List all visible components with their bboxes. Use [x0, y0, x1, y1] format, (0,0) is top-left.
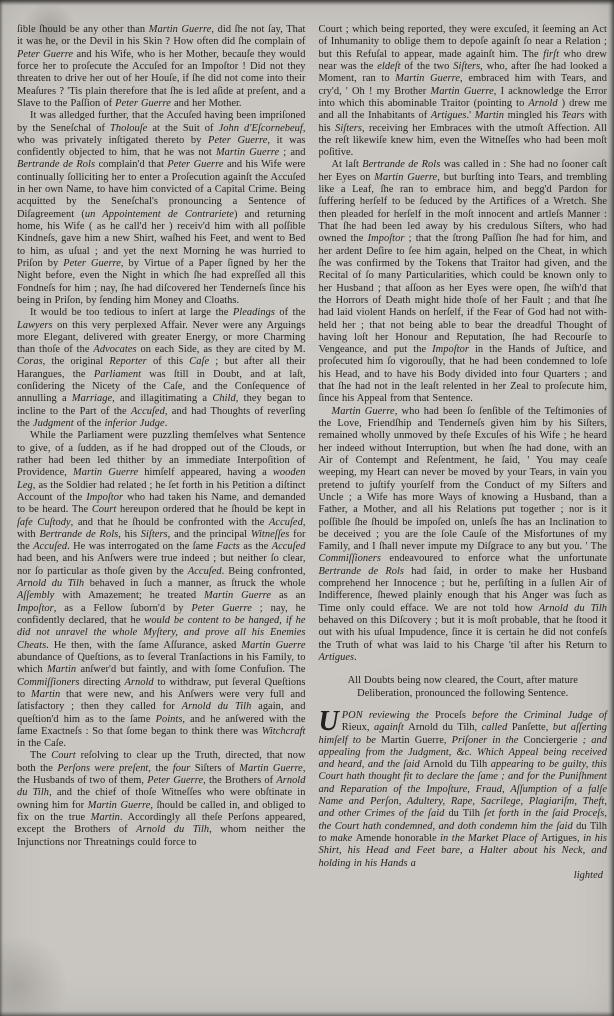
paragraph: ſible ſhould be any other than Martin Gu… [17, 24, 306, 110]
document-page: ſible ſhould be any other than Martin Gu… [0, 0, 614, 1016]
paragraph: Martin Guerre, who had been ſo ſenſible … [319, 406, 608, 665]
text-columns: ſible ſhould be any other than Martin Gu… [17, 24, 607, 1016]
paragraph: All Doubts being now cleared, the Court,… [323, 675, 604, 700]
paragraph: It was alledged further, that the Accuſe… [17, 110, 306, 307]
paragraph: UPON reviewing the Proceſs before the Cr… [319, 710, 608, 870]
paragraph: At laſt Bertrande de Rols was called in … [319, 159, 608, 405]
paragraph: The Court reſolving to clear up the Trut… [17, 750, 306, 849]
paragraph: While the Parliament were puzzling themſ… [17, 430, 306, 750]
paragraph: It would be too tedious to inſert at lar… [17, 307, 306, 430]
drop-cap: U [319, 710, 342, 733]
paragraph: Court ; which being reported, they were … [319, 24, 608, 159]
catchword: lighted [319, 870, 608, 882]
text-column-right: Court ; which being reported, they were … [319, 24, 608, 1016]
text-column-left: ſible ſhould be any other than Martin Gu… [17, 24, 306, 1016]
